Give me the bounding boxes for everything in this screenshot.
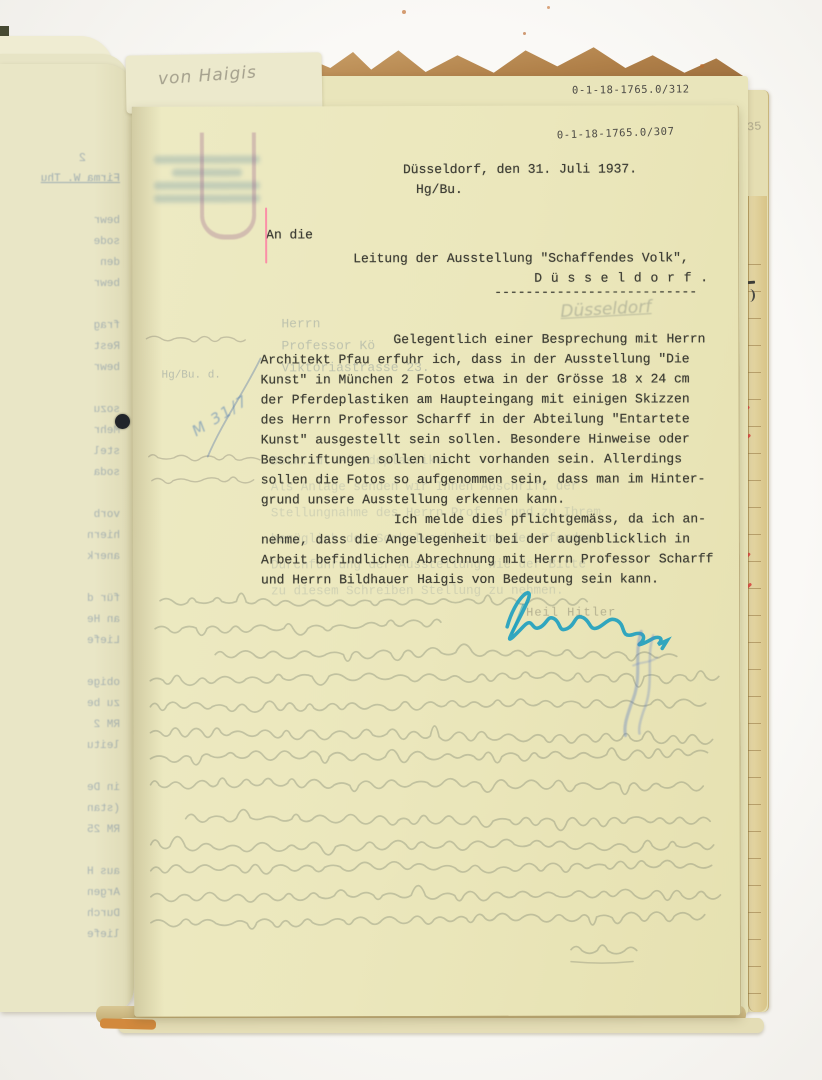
mirrored-text-fragment: bewr (4, 358, 120, 379)
foxing-speck (547, 6, 550, 9)
mirrored-text-fragment: den (4, 253, 120, 274)
mirrored-text-fragment: sozu (4, 400, 120, 421)
recipient-underline: -------------------------- (494, 282, 697, 303)
foxing-speck (700, 64, 704, 68)
mirrored-text-fragment: RM 25 (4, 820, 120, 841)
mirrored-text-fragment (4, 757, 120, 778)
mirrored-text-fragment: (stan (4, 799, 120, 820)
mirrored-text-fragment: bewr (4, 211, 120, 232)
recipient-salutation: An die (266, 225, 313, 245)
mirrored-text-fragment: Rest (4, 337, 120, 358)
letter-body: Gelegentlich einer Besprechung mit Herrn… (260, 329, 713, 590)
reference-initials: Hg/Bu. (416, 180, 463, 200)
typed-line: Beschriftungen sollen nicht vorhanden se… (261, 449, 714, 470)
mirrored-text-fragment: RM 2 (4, 715, 120, 736)
dateline: Düsseldorf, den 31. Juli 1937. (403, 159, 637, 180)
edge-page-number: 35 (747, 120, 762, 135)
mirrored-text-fragment: hiern (4, 526, 120, 547)
mirrored-text-fragment: zu be (4, 694, 120, 715)
typed-line: des Herrn Professor Scharff in der Abtei… (261, 409, 714, 430)
mirrored-text-fragment: bewr (4, 274, 120, 295)
typed-line: Kunst" in München 2 Fotos etwa in der Gr… (261, 369, 714, 390)
mirrored-text-fragment: Argen (4, 883, 120, 904)
mirrored-text-fragment: Mehr (4, 421, 120, 442)
orange-paper-sliver (100, 1018, 156, 1029)
typed-line: Ich melde dies pflichtgemäss, da ich an- (261, 509, 714, 530)
mirrored-text-fragment (4, 568, 120, 589)
mirrored-text-fragment: in De (4, 778, 120, 799)
mirrored-text-fragment: frag (4, 316, 120, 337)
typed-line: grund unsere Ausstellung erkennen kann. (261, 489, 714, 510)
mirrored-text-fragment: Firma W. Thu (4, 169, 120, 190)
hole-punch (115, 414, 130, 429)
bottom-page-edges (118, 1018, 764, 1033)
typed-line: der Pferdeplastiken am Haupteingang mit … (261, 389, 714, 410)
mirrored-text-fragment: sode (4, 232, 120, 253)
mirrored-text-fragment: aus H (4, 862, 120, 883)
letter-page: HerrnProfessor KöViktoriastrasse 23. Bet… (132, 105, 741, 1017)
mirrored-text-fragment: stel (4, 442, 120, 463)
typed-line: nehme, dass die Angelegenheit bei der au… (261, 529, 714, 550)
paragraph-1: Gelegentlich einer Besprechung mit Herrn… (260, 329, 713, 510)
recipient-organization: Leitung der Ausstellung "Schaffendes Vol… (353, 248, 689, 269)
typed-line: sollen die Fotos so aufgenommen sein, da… (261, 469, 714, 490)
archival-number-stamp: 0-1-18-1765.0/307 (557, 126, 675, 142)
mirrored-text-fragment: obige (4, 673, 120, 694)
mirrored-text-fragment: leitu (4, 736, 120, 757)
mirrored-text-fragment: anerk (4, 547, 120, 568)
left-page: 2Firma W. ThubewrsodedenbewrfragRestbewr… (0, 64, 134, 1012)
margin-ref-bleedthrough: Hg/Bu. d. (161, 370, 220, 382)
mirrored-text-fragment (4, 379, 120, 400)
mirrored-text-fragment (4, 652, 120, 673)
clip-imprint-mark (200, 132, 256, 239)
foxing-speck (402, 10, 406, 14)
typed-line: Kunst" ausgestellt sein sollen. Besonder… (261, 429, 714, 450)
archival-number-stamp: 0-1-18-1765.0/312 (572, 83, 690, 96)
mirrored-text-fragment: liefe (4, 925, 120, 946)
mirrored-text-fragment: Durch (4, 904, 120, 925)
mirrored-text-fragment (4, 190, 120, 211)
foxing-speck (523, 32, 526, 35)
left-page-mirrored-text: 2Firma W. ThubewrsodedenbewrfragRestbewr… (4, 148, 120, 946)
typed-line: Architekt Pfau erfuhr ich, dass in der A… (260, 349, 713, 370)
blue-pencil-ghost (611, 625, 681, 745)
mirrored-text-fragment: Liefe (4, 631, 120, 652)
blue-date-mark: M 31/7 (189, 391, 252, 440)
mirrored-text-fragment (4, 484, 120, 505)
mirrored-text-fragment (4, 841, 120, 862)
mirrored-text-fragment: an He (4, 610, 120, 631)
archive-photo: 2Firma W. ThubewrsodedenbewrfragRestbewr… (0, 0, 822, 1080)
typed-line: Gelegentlich einer Besprechung mit Herrn (260, 329, 713, 350)
mirrored-text-fragment (4, 295, 120, 316)
pink-margin-line (265, 207, 267, 263)
mirrored-text-fragment: vorb (4, 505, 120, 526)
typed-line: Arbeit befindlichen Abrechnung mit Herrn… (261, 549, 714, 570)
mirrored-text-fragment: 2 (4, 148, 120, 169)
paragraph-2: Ich melde dies pflichtgemäss, da ich an-… (261, 509, 714, 590)
mirrored-text-fragment: für d (4, 589, 120, 610)
mirrored-text-fragment: soda (4, 463, 120, 484)
